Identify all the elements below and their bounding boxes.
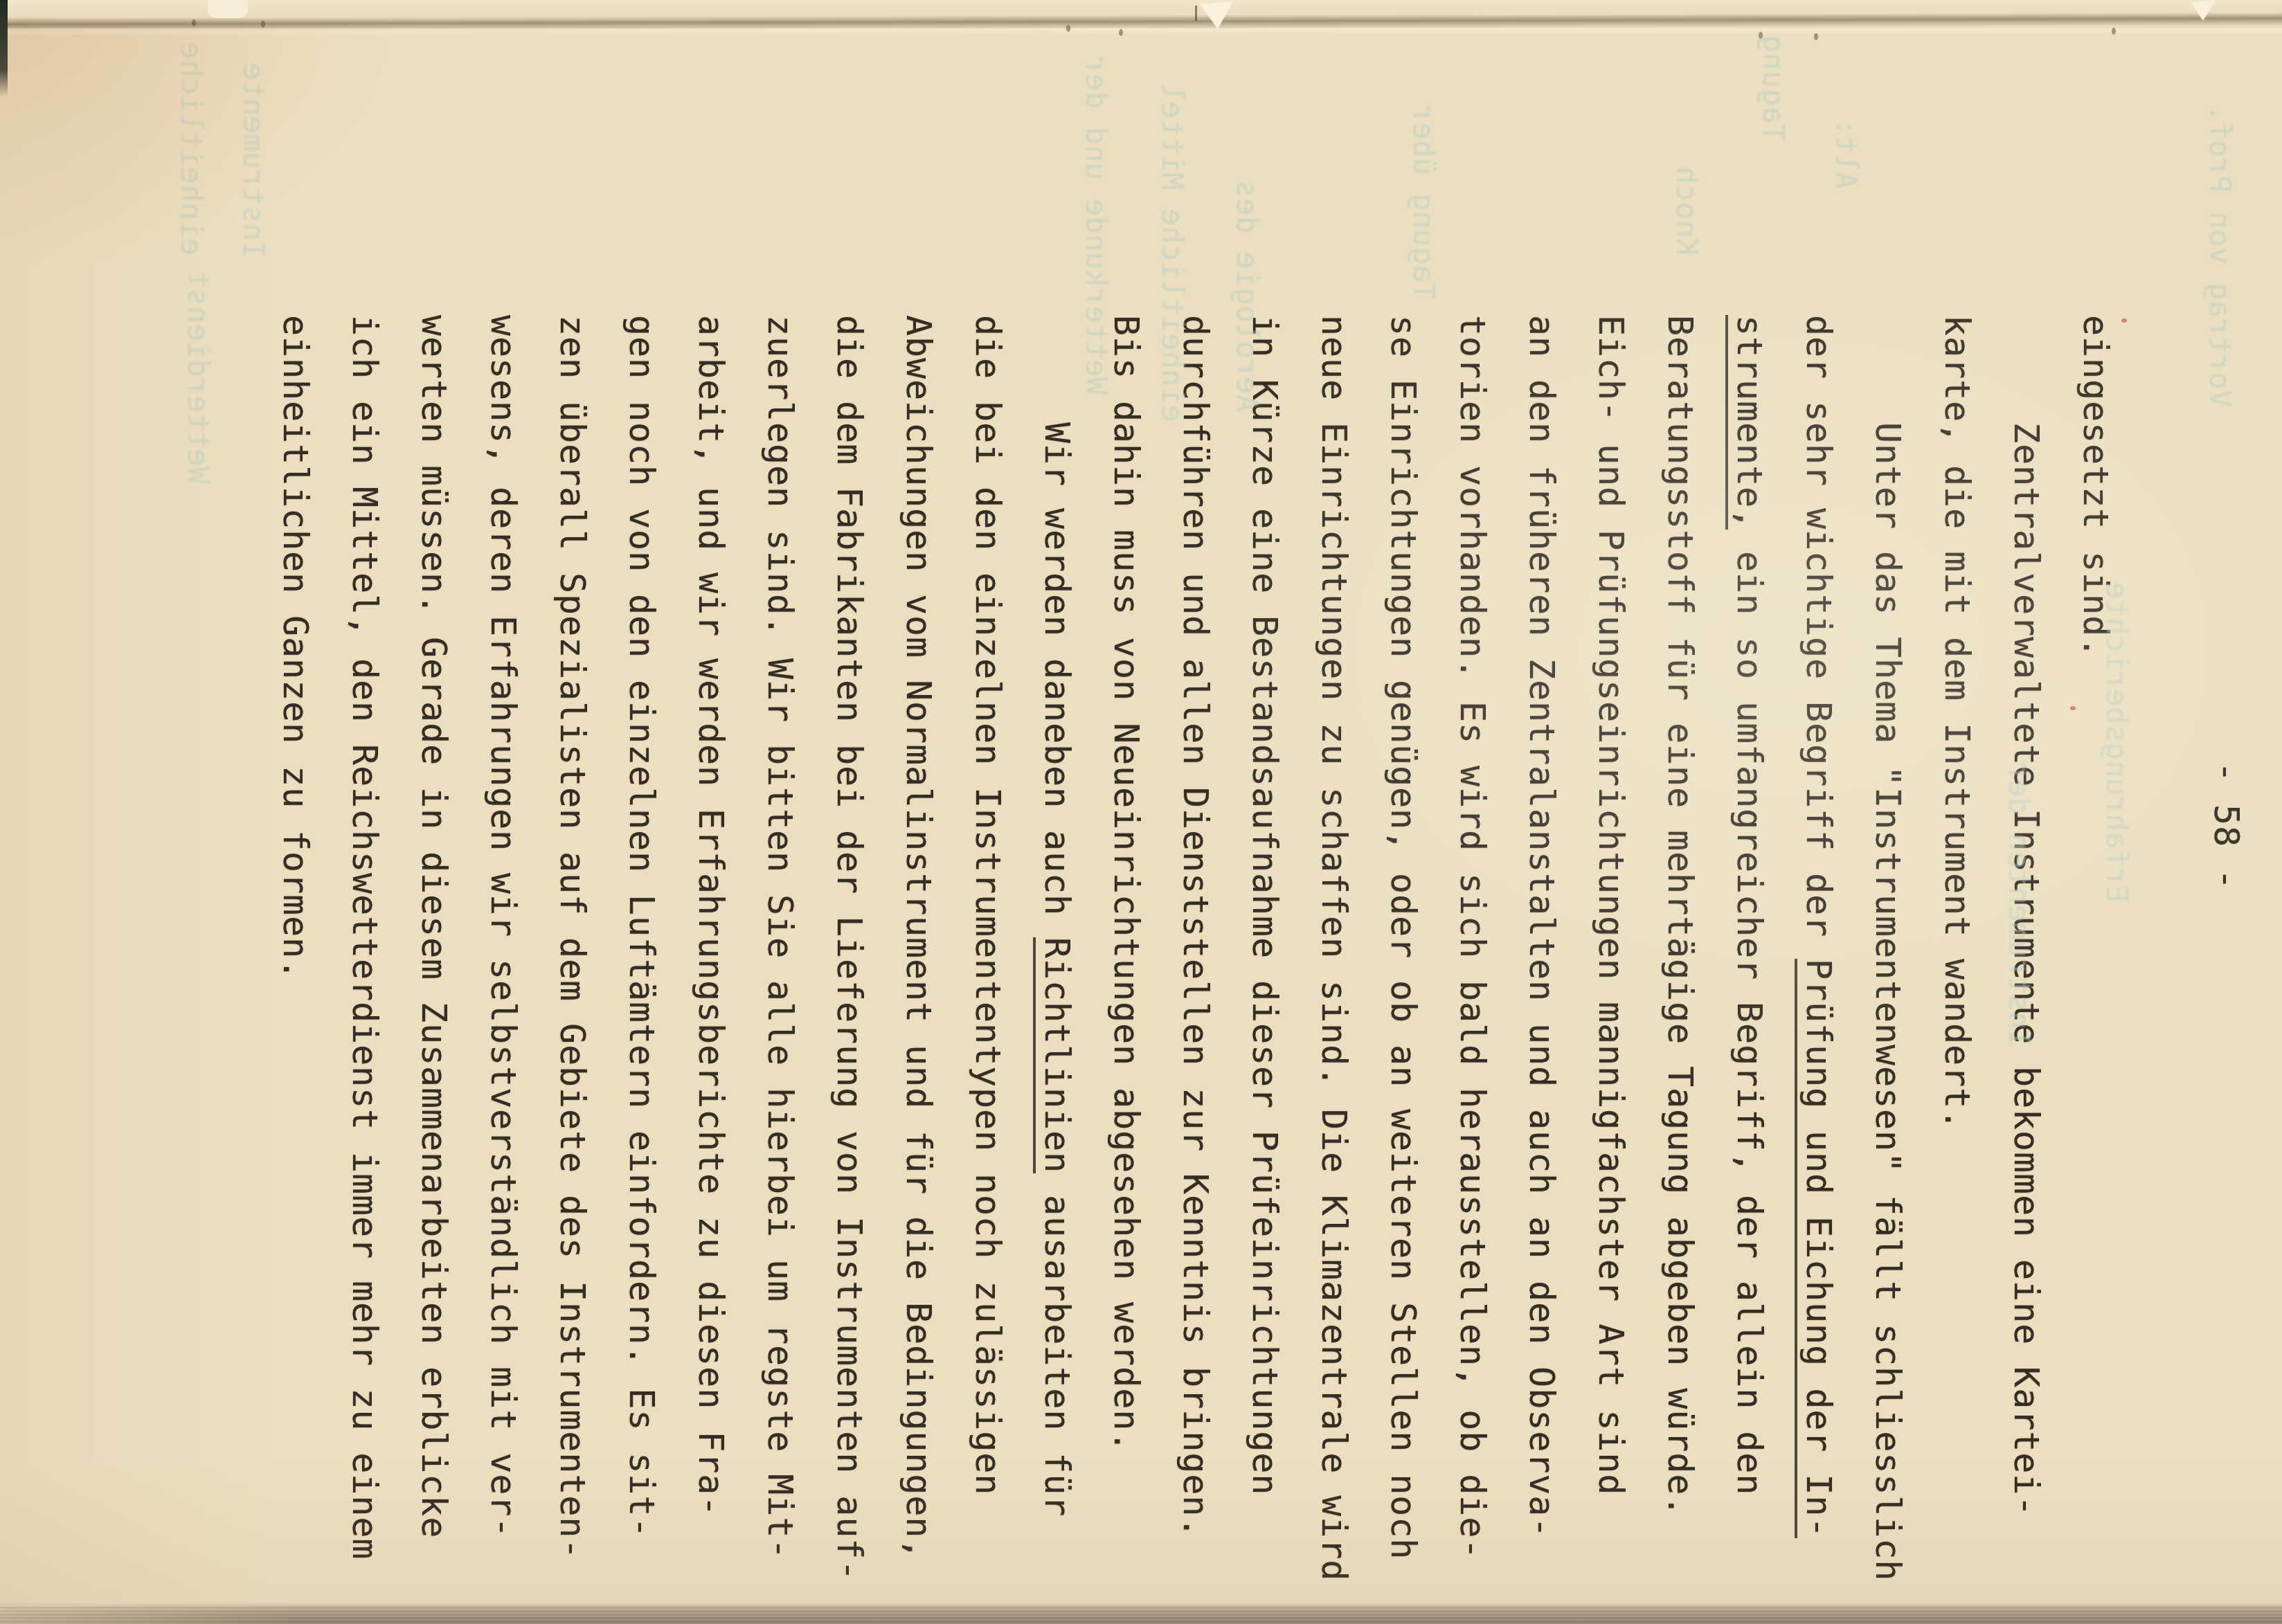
text-segment: ausarbeiten für: [1037, 1173, 1077, 1517]
text-line: Wir werden daneben auch Richtlinien ausa…: [1023, 315, 1092, 1581]
text-line: durchführen und allen Dienststellen zur …: [1161, 315, 1230, 1581]
bleed-through-text: Tagung: [1757, 35, 1790, 142]
text-line: se Einrichtungen genügen, oder ob an wei…: [1369, 315, 1438, 1581]
bleed-through-text: Wetterdienst: [181, 270, 215, 484]
scanned-document-page: - 58 - eingesetzt sind. Zentralverwaltet…: [0, 0, 2282, 1624]
text-segment: ein so umfangreicher Begriff, der allein…: [1730, 530, 1770, 1495]
book-fore-edge: [0, 1603, 2282, 1624]
text-line: zuerlegen sind. Wir bitten Sie alle hier…: [746, 315, 815, 1581]
paper-speck: [1814, 33, 1818, 40]
ink-speck: [2070, 706, 2076, 710]
paper-speck: [1066, 25, 1070, 32]
paper-speck: [1759, 32, 1763, 39]
paper-speck: [192, 19, 196, 26]
ink-speck: [2121, 318, 2127, 323]
paper-speck: [2112, 28, 2116, 35]
text-line: gen noch von den einzelnen Luftämtern ei…: [607, 315, 676, 1581]
bleed-through-text: Instrumente: [237, 62, 270, 259]
text-line: karte, die mit dem Instrument wandert.: [1923, 315, 1992, 1581]
corner-shadow: [0, 0, 8, 97]
page-number: - 58 -: [2206, 761, 2247, 890]
text-segment: wesens, deren Erfahrungen wir selbstvers…: [483, 315, 523, 1538]
text-segment: werten müssen. Gerade in diesem Zusammen…: [414, 315, 454, 1538]
underlined-text: strumente,: [1725, 315, 1770, 530]
underlined-text: Richtlinien: [1033, 937, 1077, 1173]
text-line: Eich- und Prüfungseinrichtungen mannigfa…: [1576, 315, 1646, 1581]
text-line: ich ein Mittel, den Reichswetterdienst i…: [330, 315, 399, 1581]
paper-speck: [1119, 29, 1123, 36]
bleed-through-text: Alt:: [1829, 118, 1862, 189]
text-line: werten müssen. Gerade in diesem Zusammen…: [399, 315, 469, 1581]
underlined-text: Prüfung und Eichung der In-: [1795, 959, 1839, 1538]
text-line: in Kürze eine Bestandsaufnahme dieser Pr…: [1230, 315, 1300, 1581]
text-segment: zen überall Spezialisten auf dem Gebiete…: [552, 315, 593, 1560]
text-line: torien vorhanden. Es wird sich bald hera…: [1438, 315, 1507, 1581]
paper-chip: [208, 0, 248, 18]
text-line: wesens, deren Erfahrungen wir selbstvers…: [469, 315, 538, 1581]
bleed-through-text: Vortrag von Prof.: [2203, 104, 2236, 407]
bleed-through-text: einheitliche: [174, 42, 208, 255]
text-segment: der sehr wichtige Begriff der: [1799, 315, 1839, 959]
text-line: einheitlichen Ganzen zu formen.: [261, 315, 330, 1581]
text-segment: Beratungsstoff für eine mehrtägige Tagun…: [1660, 315, 1700, 1517]
text-line: Beratungsstoff für eine mehrtägige Tagun…: [1646, 315, 1715, 1581]
text-segment: se Einrichtungen genügen, oder ob an wei…: [1383, 315, 1423, 1560]
text-segment: karte, die mit dem Instrument wandert.: [1937, 315, 1977, 1130]
text-segment: die bei den einzelnen Instrumententypen …: [968, 315, 1008, 1495]
torn-notch-shadow: [1195, 6, 1197, 21]
text-line: zen überall Spezialisten auf dem Gebiete…: [538, 315, 607, 1581]
text-segment: Abweichungen vom Normalinstrument und fü…: [899, 315, 939, 1560]
text-line: die bei den einzelnen Instrumententypen …: [953, 315, 1023, 1581]
typewritten-text-block: eingesetzt sind. Zentralverwaltete Instr…: [261, 315, 2130, 1581]
text-line: der sehr wichtige Begriff der Prüfung un…: [1784, 315, 1853, 1581]
text-line: an den früheren Zentralanstalten und auc…: [1507, 315, 1576, 1581]
text-segment: Eich- und Prüfungseinrichtungen mannigfa…: [1591, 315, 1631, 1495]
text-line: Abweichungen vom Normalinstrument und fü…: [884, 315, 953, 1581]
text-segment: neue Einrichtungen zu schaffen sind. Die…: [1314, 315, 1354, 1581]
text-segment: in Kürze eine Bestandsaufnahme dieser Pr…: [1245, 315, 1285, 1495]
scanned-page-sheet: - 58 - eingesetzt sind. Zentralverwaltet…: [0, 0, 2282, 1624]
bleed-through-text: einheitliche Mittel: [1156, 83, 1189, 422]
bleed-through-text: Knoch: [1670, 166, 1703, 255]
text-segment: gen noch von den einzelnen Luftämtern ei…: [622, 315, 662, 1538]
text-segment: zuerlegen sind. Wir bitten Sie alle hier…: [760, 315, 800, 1560]
bleed-through-text: Aerologie des: [1230, 180, 1264, 412]
bleed-through-text: Wetterkunde und der: [1079, 55, 1113, 395]
text-segment: einheitlichen Ganzen zu formen.: [276, 315, 316, 980]
text-line: arbeit, und wir werden Erfahrungsbericht…: [676, 315, 746, 1581]
text-segment: die dem Fabrikanten bei der Lieferung vo…: [829, 315, 870, 1581]
text-segment: Bis dahin muss von Neueinrichtungen abge…: [1106, 315, 1147, 1452]
text-line: die dem Fabrikanten bei der Lieferung vo…: [815, 315, 884, 1581]
text-segment: an den früheren Zentralanstalten und auc…: [1522, 315, 1562, 1538]
text-segment: ich ein Mittel, den Reichswetterdienst i…: [345, 315, 385, 1560]
text-line: strumente, ein so umfangreicher Begriff,…: [1715, 315, 1784, 1581]
text-line: Unter das Thema "Instrumentenwesen" fäll…: [1853, 315, 1923, 1581]
seam-highlight: [0, 28, 2282, 35]
text-segment: Wir werden daneben auch: [1037, 315, 1077, 937]
text-line: neue Einrichtungen zu schaffen sind. Die…: [1300, 315, 1369, 1581]
bleed-through-text: Instrumenten der: [2002, 761, 2036, 1047]
text-segment: durchführen und allen Dienststellen zur …: [1176, 315, 1216, 1538]
text-segment: Unter das Thema "Instrumentenwesen" fäll…: [1868, 315, 1908, 1581]
text-line: eingesetzt sind.: [2061, 315, 2130, 1581]
bleed-through-text: Tagung über: [1407, 104, 1440, 300]
bleed-through-text: Erfahrungsberichte: [2100, 581, 2133, 903]
text-line: Bis dahin muss von Neueinrichtungen abge…: [1092, 315, 1161, 1581]
paper-speck: [261, 21, 265, 28]
text-segment: torien vorhanden. Es wird sich bald hera…: [1453, 315, 1493, 1560]
text-segment: arbeit, und wir werden Erfahrungsbericht…: [691, 315, 731, 1517]
